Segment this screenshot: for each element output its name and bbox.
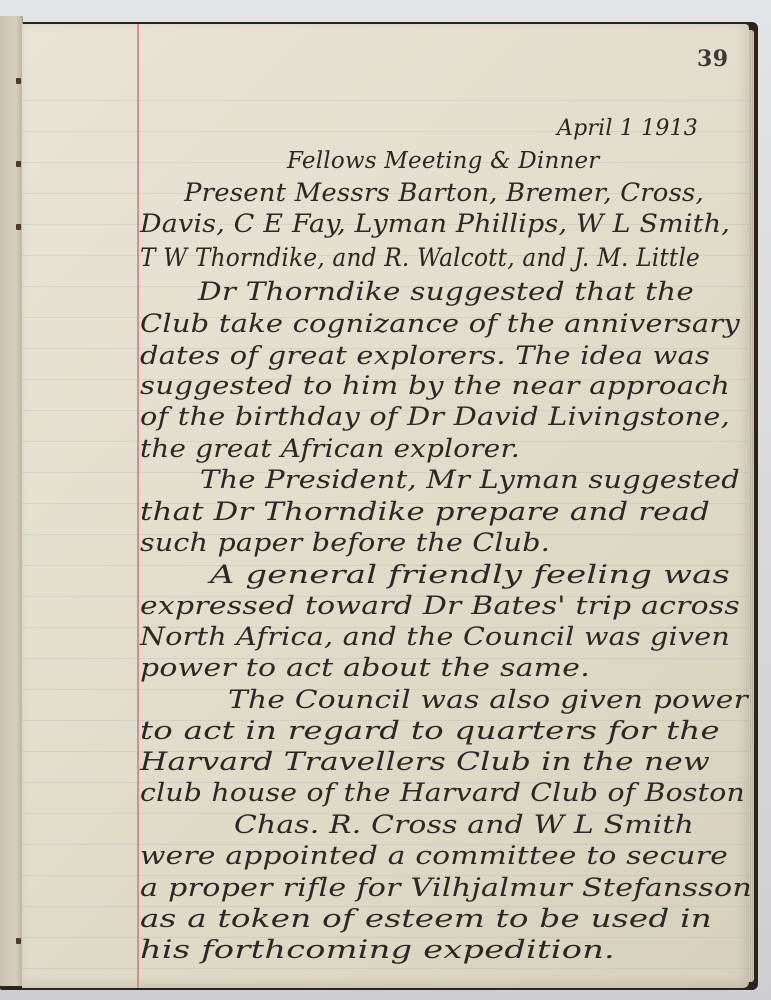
text-line: were appointed a committee to secure (140, 843, 728, 868)
margin-rule (137, 24, 139, 988)
text-line: his forthcoming expedition. (140, 937, 615, 962)
entry-date: April 1 1913 (557, 118, 698, 140)
ruled-line (22, 968, 749, 969)
text-line: to act in regard to quarters for the (140, 718, 720, 743)
binding-stitch (16, 938, 21, 944)
previous-page-edge (0, 16, 23, 986)
page-number: 39 (697, 46, 729, 72)
binding-stitch (16, 161, 21, 167)
text-line: suggested to him by the near approach (140, 373, 730, 398)
ruled-line (22, 100, 749, 101)
text-line: Davis, C E Fay, Lyman Phillips, W L Smit… (140, 211, 730, 236)
text-line: such paper before the Club. (140, 530, 550, 555)
text-line: power to act about the same. (140, 655, 590, 680)
text-line: as a token of esteem to be used in (140, 906, 712, 931)
text-line: the great African explorer. (140, 436, 520, 461)
text-line: that Dr Thorndike prepare and read (140, 499, 710, 524)
text-line: T W Thorndike, and R. Walcott, and J. M.… (140, 245, 700, 270)
text-line: The Council was also given power (228, 687, 748, 712)
binding-stitch (16, 224, 21, 230)
binding-stitch (16, 78, 21, 84)
text-line: expressed toward Dr Bates' trip across (140, 593, 740, 618)
text-line: of the birthday of Dr David Livingstone, (140, 404, 730, 429)
text-line: club house of the Harvard Club of Boston (140, 780, 745, 805)
entry-heading: Fellows Meeting & Dinner (287, 150, 600, 173)
text-line: The President, Mr Lyman suggested (200, 467, 740, 492)
text-line: A general friendly feeling was (210, 562, 730, 587)
text-line: Harvard Travellers Club in the new (140, 749, 710, 774)
text-line: a proper rifle for Vilhjalmur Stefansson (140, 875, 752, 900)
text-line: dates of great explorers. The idea was (140, 343, 710, 368)
text-line: Present Messrs Barton, Bremer, Cross, (184, 180, 704, 205)
text-line: Club take cognizance of the anniversary (140, 311, 740, 336)
text-line: Chas. R. Cross and W L Smith (234, 812, 694, 837)
text-line: North Africa, and the Council was given (140, 624, 730, 649)
text-line: Dr Thorndike suggested that the (198, 279, 694, 304)
